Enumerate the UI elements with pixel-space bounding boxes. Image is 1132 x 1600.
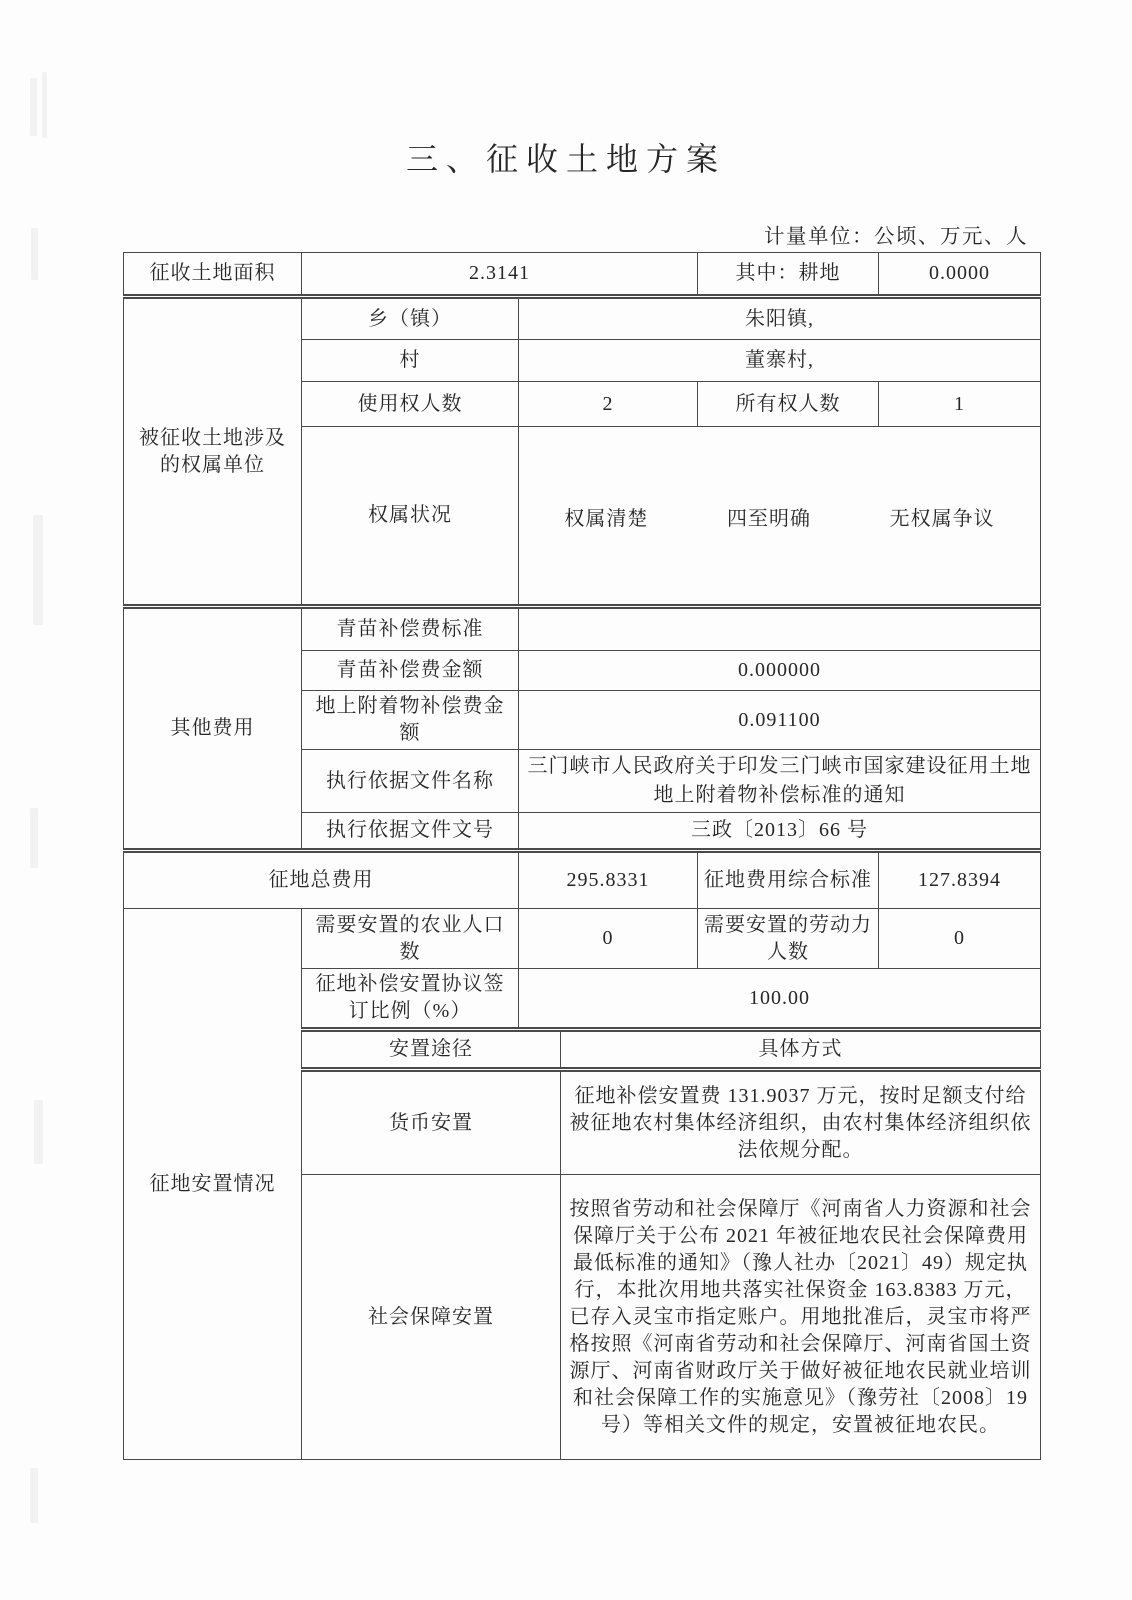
monetary-resettlement-text: 征地补偿安置费 131.9037 万元，按时足额支付给被征地农村集体经济组织，由… (561, 1070, 1041, 1175)
cultivated-land-value: 0.0000 (879, 253, 1041, 297)
scan-artifact (42, 72, 47, 138)
ownership-status-item: 权属清楚 (564, 506, 648, 533)
scan-artifact (33, 515, 43, 625)
basis-document-name-value: 三门峡市人民政府关于印发三门峡市国家建设征用土地地上附着物补偿标准的通知 (519, 750, 1041, 813)
pathway-header-value: 具体方式 (561, 1030, 1041, 1070)
seedling-standard-label: 青苗补偿费标准 (302, 607, 519, 651)
village-value: 董寨村, (519, 340, 1041, 382)
social-security-resettlement-label: 社会保障安置 (302, 1175, 561, 1460)
ownership-status-label: 权属状况 (302, 427, 519, 607)
monetary-resettlement-label: 货币安置 (302, 1070, 561, 1175)
scan-artifact (30, 808, 38, 868)
use-rights-holders-label: 使用权人数 (302, 382, 519, 427)
basis-document-number-label: 执行依据文件文号 (302, 813, 519, 851)
agreement-ratio-label: 征地补偿安置协议签订比例（%） (302, 969, 519, 1030)
land-area-value: 2.3141 (302, 253, 698, 297)
scan-artifact (31, 228, 38, 280)
seedling-amount-label: 青苗补偿费金额 (302, 651, 519, 691)
basis-document-number-value: 三政〔2013〕66 号 (519, 813, 1041, 851)
township-label: 乡（镇） (302, 297, 519, 340)
scan-artifact (34, 1100, 43, 1164)
owner-rights-holders-label: 所有权人数 (698, 382, 879, 427)
pathway-header-label: 安置途径 (302, 1030, 561, 1070)
agri-population-label: 需要安置的农业人口数 (302, 909, 519, 969)
scan-artifact (30, 1468, 38, 1523)
attachments-amount-value: 0.091100 (519, 691, 1041, 750)
labor-population-value: 0 (879, 909, 1041, 969)
comprehensive-standard-value: 127.8394 (879, 851, 1041, 909)
scan-artifact (30, 78, 37, 136)
seedling-standard-value (519, 607, 1041, 651)
attachments-amount-label: 地上附着物补偿费金额 (302, 691, 519, 750)
comprehensive-standard-label: 征地费用综合标准 (698, 851, 879, 909)
page-title: 三、征收土地方案 (0, 134, 1132, 180)
cultivated-land-label: 其中：耕地 (698, 253, 879, 297)
ownership-section-label: 被征收土地涉及的权属单位 (124, 297, 302, 607)
resettlement-section-label: 征地安置情况 (124, 909, 302, 1460)
land-area-label: 征收土地面积 (124, 253, 302, 297)
land-expropriation-table: 征收土地面积 2.3141 其中：耕地 0.0000 被征收土地涉及的权属单位 … (123, 252, 1041, 1460)
labor-population-label: 需要安置的劳动力人数 (698, 909, 879, 969)
seedling-amount-value: 0.000000 (519, 651, 1041, 691)
township-value: 朱阳镇, (519, 297, 1041, 340)
basis-document-name-label: 执行依据文件名称 (302, 750, 519, 813)
total-cost-label: 征地总费用 (124, 851, 519, 909)
total-cost-value: 295.8331 (519, 851, 698, 909)
measurement-unit-note: 计量单位：公顷、万元、人 (764, 219, 1028, 249)
agreement-ratio-value: 100.00 (519, 969, 1041, 1030)
other-fees-section-label: 其他费用 (124, 607, 302, 851)
ownership-status-item: 四至明确 (727, 506, 811, 533)
agri-population-value: 0 (519, 909, 698, 969)
ownership-status-item: 无权属争议 (890, 506, 995, 533)
village-label: 村 (302, 340, 519, 382)
use-rights-holders-value: 2 (519, 382, 698, 427)
ownership-status-value: 权属清楚 四至明确 无权属争议 (519, 427, 1041, 607)
document-page: 三、征收土地方案 计量单位：公顷、万元、人 征收土地面积 2.3141 其中：耕… (0, 0, 1132, 1600)
owner-rights-holders-value: 1 (879, 382, 1041, 427)
social-security-resettlement-text: 按照省劳动和社会保障厅《河南省人力资源和社会保障厅关于公布 2021 年被征地农… (561, 1175, 1041, 1460)
